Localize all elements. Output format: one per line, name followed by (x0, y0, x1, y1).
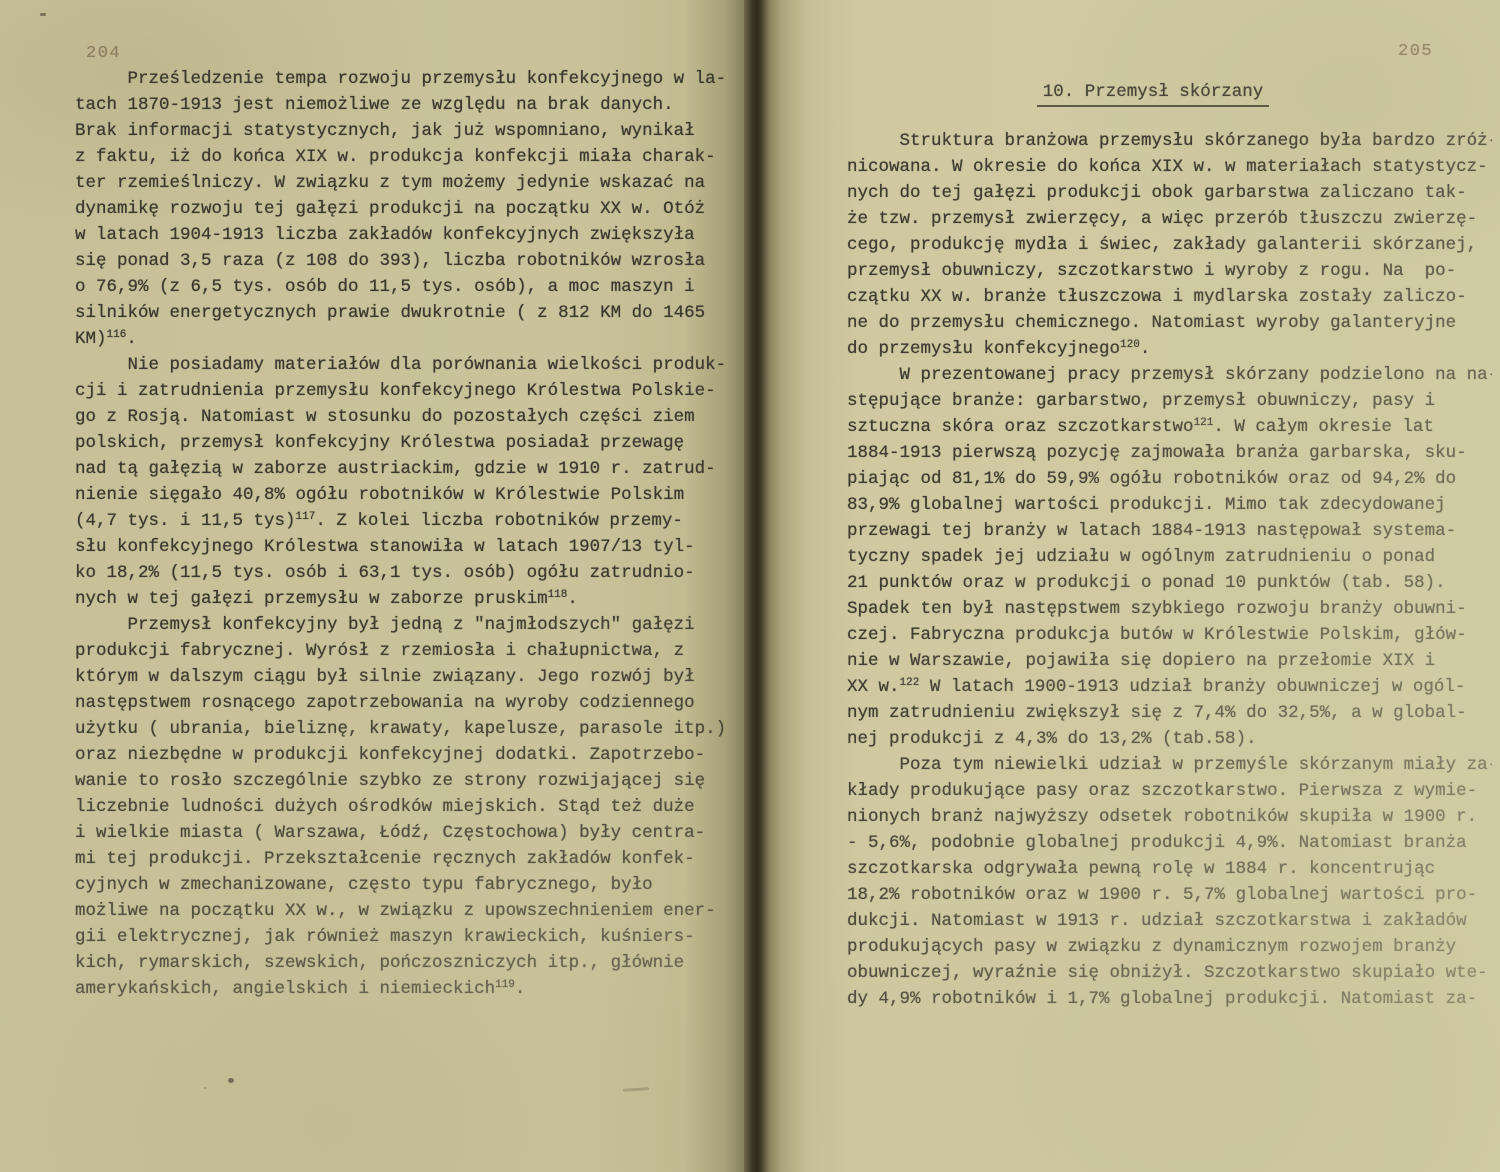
text-line: Przemysł konfekcyjny był jedną z "najmło… (75, 612, 735, 638)
text-line: nym zatrudnieniu zwiększył się z 7,4% do… (847, 700, 1492, 726)
text-line: możliwe na początku XX w., w związku z u… (75, 898, 735, 924)
text-line: do przemysłu konfekcyjnego120. (847, 336, 1492, 362)
text-line: Struktura branżowa przemysłu skórzanego … (847, 128, 1492, 154)
text-line: 1884-1913 pierwszą pozycję zajmowała bra… (847, 440, 1492, 466)
text-line: nionych branż najwyższy odsetek robotnik… (847, 804, 1492, 830)
text-line: cji i zatrudnienia przemysłu konfekcyjne… (75, 378, 735, 404)
text-line: nad tą gałęzią w zaborze austriackim, gd… (75, 456, 735, 482)
text-line: Spadek ten był następstwem szybkiego roz… (847, 596, 1492, 622)
ink-speck (228, 1078, 234, 1083)
text-line: tach 1870-1913 jest niemożliwe ze względ… (75, 92, 735, 118)
ink-speck (623, 1087, 649, 1092)
text-line: czątku XX w. branże tłuszczowa i mydlars… (847, 284, 1492, 310)
text-line: ter rzemieślniczy. W związku z tym możem… (75, 170, 735, 196)
text-line: nych w tej gałęzi przemysłu w zaborze pr… (75, 586, 735, 612)
text-line: się ponad 3,5 raza (z 108 do 393), liczb… (75, 248, 735, 274)
text-line: kich, rymarskich, szewskich, pończosznic… (75, 950, 735, 976)
footnote-marker: 118 (548, 589, 568, 601)
text-line: wanie to rosło szczególnie szybko ze str… (75, 768, 735, 794)
text-line: tyczny spadek jej udziału w ogólnym zatr… (847, 544, 1492, 570)
text-line: produkcji fabrycznej. Wyrósł z rzemiosła… (75, 638, 735, 664)
text-line: następstwem rosnącego zapotrzebowania na… (75, 690, 735, 716)
text-line: XX w.122 W latach 1900-1913 udział branż… (847, 674, 1492, 700)
text-line: - 5,6%, podobnie globalnej produkcji 4,9… (847, 830, 1492, 856)
text-line: KM)116. (75, 326, 735, 352)
text-line: oraz niezbędne w produkcji konfekcyjnej … (75, 742, 735, 768)
text-line: liczebnie ludności dużych ośrodków miejs… (75, 794, 735, 820)
text-line: produkujących pasy w związku z dynamiczn… (847, 934, 1492, 960)
text-line: Poza tym niewielki udział w przemyśle sk… (847, 752, 1492, 778)
text-line: użytku ( ubrania, bieliznę, krawaty, kap… (75, 716, 735, 742)
text-line: polskich, przemysł konfekcyjny Królestwa… (75, 430, 735, 456)
text-line: dy 4,9% robotników i 1,7% globalnej prod… (847, 986, 1492, 1012)
page-205-text: Struktura branżowa przemysłu skórzanego … (847, 128, 1492, 1012)
text-line: przemysł obuwniczy, szczotkarstwo i wyro… (847, 258, 1492, 284)
text-line: sztuczna skóra oraz szczotkarstwo121. W … (847, 414, 1492, 440)
page-204: 204 Prześledzenie tempa rozwoju przemysł… (0, 0, 744, 1172)
text-line: nej produkcji z 4,3% do 13,2% (tab.58). (847, 726, 1492, 752)
text-line: gii elektrycznej, jak również maszyn kra… (75, 924, 735, 950)
text-line: szczotkarska odgrywała pewną rolę w 1884… (847, 856, 1492, 882)
text-line: obuwniczej, wyraźnie się obniżył. Szczot… (847, 960, 1492, 986)
page-number-right: 205 (1398, 42, 1433, 61)
text-line: 83,9% globalnej wartości produkcji. Mimo… (847, 492, 1492, 518)
section-heading-text: 10. Przemysł skórzany (1037, 82, 1270, 107)
page-number-left: 204 (86, 44, 121, 63)
open-book-scan: 204 Prześledzenie tempa rozwoju przemysł… (0, 0, 1500, 1172)
text-line: czej. Fabryczna produkcja butów w Króles… (847, 622, 1492, 648)
ink-speck (204, 1087, 206, 1089)
footnote-marker: 116 (107, 329, 127, 341)
text-line: nicowana. W okresie do końca XIX w. w ma… (847, 154, 1492, 180)
footnote-marker: 117 (296, 511, 316, 523)
book-gutter-shadow (744, 0, 770, 1172)
text-line: cyjnych w zmechanizowane, często typu fa… (75, 872, 735, 898)
text-line: W prezentowanej pracy przemysł skórzany … (847, 362, 1492, 388)
text-line: nych do tej gałęzi produkcji obok garbar… (847, 180, 1492, 206)
text-line: Nie posiadamy materiałów dla porównania … (75, 352, 735, 378)
text-line: Brak informacji statystycznych, jak już … (75, 118, 735, 144)
footnote-marker: 119 (495, 979, 515, 991)
text-line: amerykańskich, angielskich i niemieckich… (75, 976, 735, 1002)
text-line: 21 punktów oraz w produkcji o ponad 10 p… (847, 570, 1492, 596)
text-line: słu konfekcyjnego Królestwa stanowiła w … (75, 534, 735, 560)
section-heading: 10. Przemysł skórzany (847, 82, 1459, 107)
text-line: mi tej produkcji. Przekształcenie ręczny… (75, 846, 735, 872)
text-line: o 76,9% (z 6,5 tys. osób do 11,5 tys. os… (75, 274, 735, 300)
text-line: nienie sięgało 40,8% ogółu robotników w … (75, 482, 735, 508)
text-line: nie w Warszawie, pojawiła się dopiero na… (847, 648, 1492, 674)
text-line: stępujące branże: garbarstwo, przemysł o… (847, 388, 1492, 414)
text-line: dynamikę rozwoju tej gałęzi produkcji na… (75, 196, 735, 222)
footnote-marker: 121 (1194, 417, 1214, 429)
text-line: z faktu, iż do końca XIX w. produkcja ko… (75, 144, 735, 170)
text-line: że tzw. przemysł zwierzęcy, a więc przer… (847, 206, 1492, 232)
text-line: (4,7 tys. i 11,5 tys)117. Z kolei liczba… (75, 508, 735, 534)
text-line: przewagi tej branży w latach 1884-1913 n… (847, 518, 1492, 544)
text-line: kłady produkujące pasy oraz szczotkarstw… (847, 778, 1492, 804)
text-line: ne do przemysłu chemicznego. Natomiast w… (847, 310, 1492, 336)
footnote-marker: 122 (900, 677, 920, 689)
text-line: 18,2% robotników oraz w 1900 r. 5,7% glo… (847, 882, 1492, 908)
text-line: piając od 81,1% do 59,9% ogółu robotnikó… (847, 466, 1492, 492)
text-line: i wielkie miasta ( Warszawa, Łódź, Częst… (75, 820, 735, 846)
page-204-text: Prześledzenie tempa rozwoju przemysłu ko… (75, 66, 735, 1002)
text-line: w latach 1904-1913 liczba zakładów konfe… (75, 222, 735, 248)
text-line: Prześledzenie tempa rozwoju przemysłu ko… (75, 66, 735, 92)
text-line: cego, produkcję mydła i świec, zakłady g… (847, 232, 1492, 258)
footnote-marker: 120 (1120, 339, 1140, 351)
text-line: go z Rosją. Natomiast w stosunku do pozo… (75, 404, 735, 430)
text-line: ko 18,2% (11,5 tys. osób i 63,1 tys. osó… (75, 560, 735, 586)
page-205: 205 10. Przemysł skórzany Struktura bran… (770, 0, 1500, 1172)
text-line: silników energetycznych prawie dwukrotni… (75, 300, 735, 326)
text-line: którym w dalszym ciągu był silnie związa… (75, 664, 735, 690)
text-line: dukcji. Natomiast w 1913 r. udział szczo… (847, 908, 1492, 934)
ink-speck (40, 13, 46, 16)
